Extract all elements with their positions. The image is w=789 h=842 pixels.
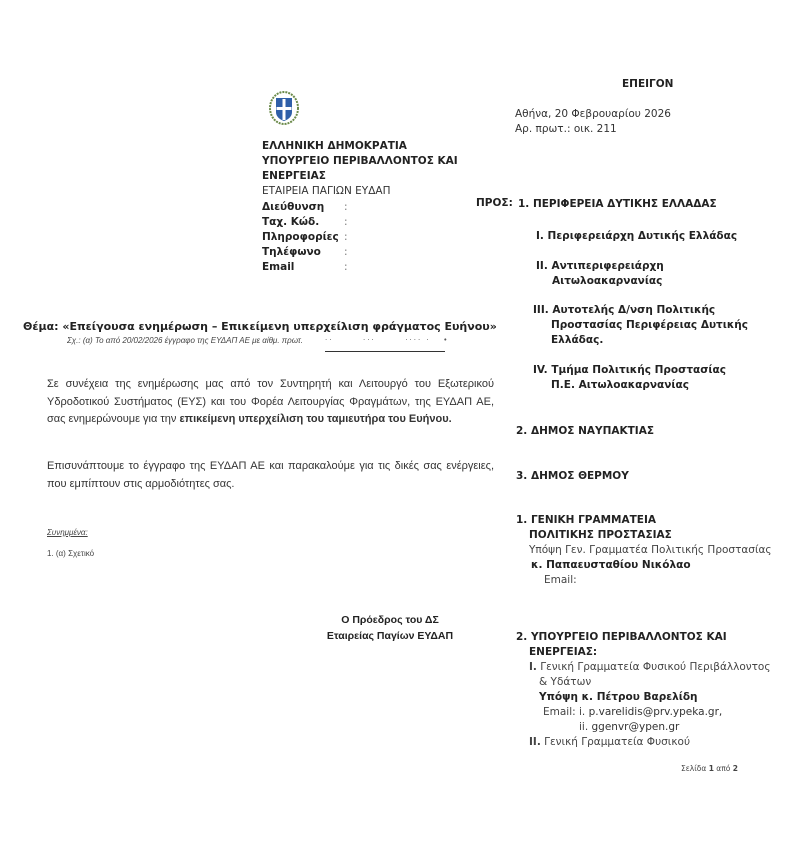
header-line: ΥΠΟΥΡΓΕΙΟ ΠΕΡΙΒΑΛΛΟΝΤΟΣ ΚΑΙ: [262, 154, 458, 169]
signature-block: Ο Πρόεδρος του ΔΣ Εταιρείας Παγίων ΕΥΔΑΠ: [300, 612, 480, 644]
field-label: Email: [262, 260, 344, 275]
header-line: ΕΝΕΡΓΕΙΑΣ: [262, 169, 458, 184]
field-row: Τηλέφωνο:: [262, 245, 348, 260]
recipient-3: 3. ΔΗΜΟΣ ΘΕΡΜΟΥ: [516, 469, 629, 484]
body-paragraph-2: Επισυνάπτουμε το έγγραφο της ΕΥΔΑΠ ΑΕ κα…: [47, 458, 494, 493]
sender-header: ΕΛΛΗΝΙΚΗ ΔΗΜΟΚΡΑΤΙΑ ΥΠΟΥΡΓΕΙΟ ΠΕΡΙΒΑΛΛΟΝ…: [262, 139, 458, 199]
recipient-1: 1. ΠΕΡΙΦΕΡΕΙΑ ΔΥΤΙΚΗΣ ΕΛΛΑΔΑΣ: [518, 197, 717, 212]
recipient-1-iii: III. Αυτοτελής Δ/νση Πολιτικής Προστασία…: [533, 303, 748, 348]
recipient-1-i: I. Περιφερειάρχη Δυτικής Ελλάδας: [536, 229, 737, 244]
attachment-item: 1. (α) Σχετικό: [47, 549, 94, 558]
field-row: Ταχ. Κώδ.:: [262, 215, 348, 230]
email-link[interactable]: ggenvr@ypen.gr: [592, 721, 680, 733]
body-paragraph-1: Σε συνέχεια της ενημέρωσης μας από τον Σ…: [47, 376, 494, 429]
field-row: Διεύθυνση:: [262, 200, 348, 215]
protocol-number: Αρ. πρωτ.: οικ. 211: [515, 122, 671, 137]
email-link[interactable]: p.varelidis@prv.ypeka.gr,: [589, 706, 723, 718]
recipient-2: 2. ΔΗΜΟΣ ΝΑΥΠΑΚΤΙΑΣ: [516, 424, 654, 439]
field-label: Διεύθυνση: [262, 200, 344, 215]
field-row: Πληροφορίες:: [262, 230, 348, 245]
greek-emblem-icon: [268, 90, 300, 126]
recipients-label: ΠΡΟΣ:: [476, 197, 513, 209]
redacted-field: [325, 339, 445, 352]
body-emphasis: επικείμενη υπερχείλιση του ταμιευτήρα το…: [179, 413, 451, 425]
field-row: Email:: [262, 260, 348, 275]
field-label: Τηλέφωνο: [262, 245, 344, 260]
header-line: ΕΛΛΗΝΙΚΗ ΔΗΜΟΚΡΑΤΙΑ: [262, 139, 458, 154]
date: Αθήνα, 20 Φεβρουαρίου 2026: [515, 107, 671, 122]
cc-2: 2. ΥΠΟΥΡΓΕΙΟ ΠΕΡΙΒΑΛΛΟΝΤΟΣ ΚΑΙ ΕΝΕΡΓΕΙΑΣ…: [516, 630, 771, 750]
field-label: Ταχ. Κώδ.: [262, 215, 344, 230]
contact-fields: Διεύθυνση: Ταχ. Κώδ.: Πληροφορίες: Τηλέφ…: [262, 200, 348, 275]
subject-line: Θέμα: «Επείγουσα ενημέρωση – Επικείμενη …: [23, 320, 497, 333]
urgency-label: ΕΠΕΙΓΟΝ: [622, 78, 673, 90]
recipient-1-ii: II. Αντιπεριφερειάρχη Αιτωλοακαρνανίας: [536, 259, 664, 289]
page-number: Σελίδα 1 από 2: [681, 764, 738, 773]
company-name: ΕΤΑΙΡΕΙΑ ΠΑΓΙΩΝ ΕΥΔΑΠ: [262, 184, 458, 199]
reference-line: Σχ.: (α) Το από 20/02/2026 έγγραφο της Ε…: [67, 336, 303, 345]
cc-1: 1. ΓΕΝΙΚΗ ΓΡΑΜΜΑΤΕΙΑ ΠΟΛΙΤΙΚΗΣ ΠΡΟΣΤΑΣΙΑ…: [516, 513, 772, 588]
attachments-heading: Συνημμένα:: [47, 528, 88, 537]
field-label: Πληροφορίες: [262, 230, 344, 245]
recipient-1-iv: IV. Τμήμα Πολιτικής Προστασίας Π.Ε. Αιτω…: [533, 363, 726, 393]
date-block: Αθήνα, 20 Φεβρουαρίου 2026 Αρ. πρωτ.: οι…: [515, 107, 671, 137]
